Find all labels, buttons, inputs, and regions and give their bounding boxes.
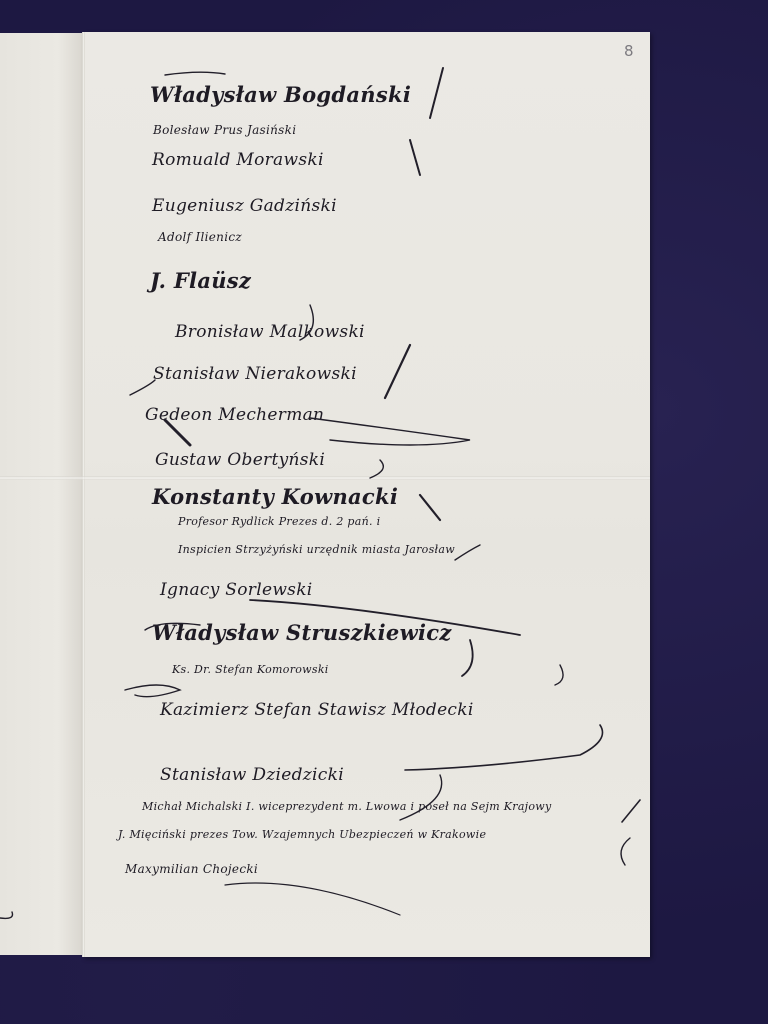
signature: Ks. Dr. Stefan Komorowski: [172, 663, 329, 676]
signature: Gustaw Obertyński: [155, 450, 325, 470]
page-fold-vertical: [82, 32, 85, 957]
signature: Eugeniusz Gadziński: [152, 196, 337, 216]
signature: J. Flaüsz: [150, 268, 251, 293]
signature: Maxymilian Chojecki: [125, 862, 258, 876]
page-fold-horizontal: [0, 476, 650, 480]
signature: Gedeon Mecherman: [145, 405, 324, 425]
signature: Bolesław Prus Jasiński: [153, 123, 296, 137]
signature: Kazimierz Stefan Stawisz Młodecki: [160, 700, 474, 720]
signature: Profesor Rydlick Prezes d. 2 pań. i: [178, 515, 380, 528]
signature: Władysław Bogdański: [150, 82, 411, 107]
signature: Adolf Ilienicz: [158, 230, 242, 244]
signature: Bronisław Malkowski: [175, 322, 365, 342]
signature: Władysław Struszkiewicz: [152, 620, 452, 645]
signature: Konstanty Kownacki: [152, 484, 398, 509]
signature: Ignacy Sorlewski: [160, 580, 313, 600]
signature: J. Mięciński prezes Tow. Wzajemnych Ubez…: [118, 828, 486, 841]
left-page: [0, 33, 83, 955]
signature: Inspicien Strzyżyński urzędnik miasta Ja…: [178, 543, 455, 556]
signature: Michał Michalski I. wiceprezydent m. Lwo…: [142, 800, 552, 813]
signature: Stanisław Nierakowski: [153, 364, 357, 384]
page-number: 8: [624, 42, 634, 60]
signature: Romuald Morawski: [152, 150, 324, 170]
signature: Stanisław Dziedzicki: [160, 765, 344, 785]
